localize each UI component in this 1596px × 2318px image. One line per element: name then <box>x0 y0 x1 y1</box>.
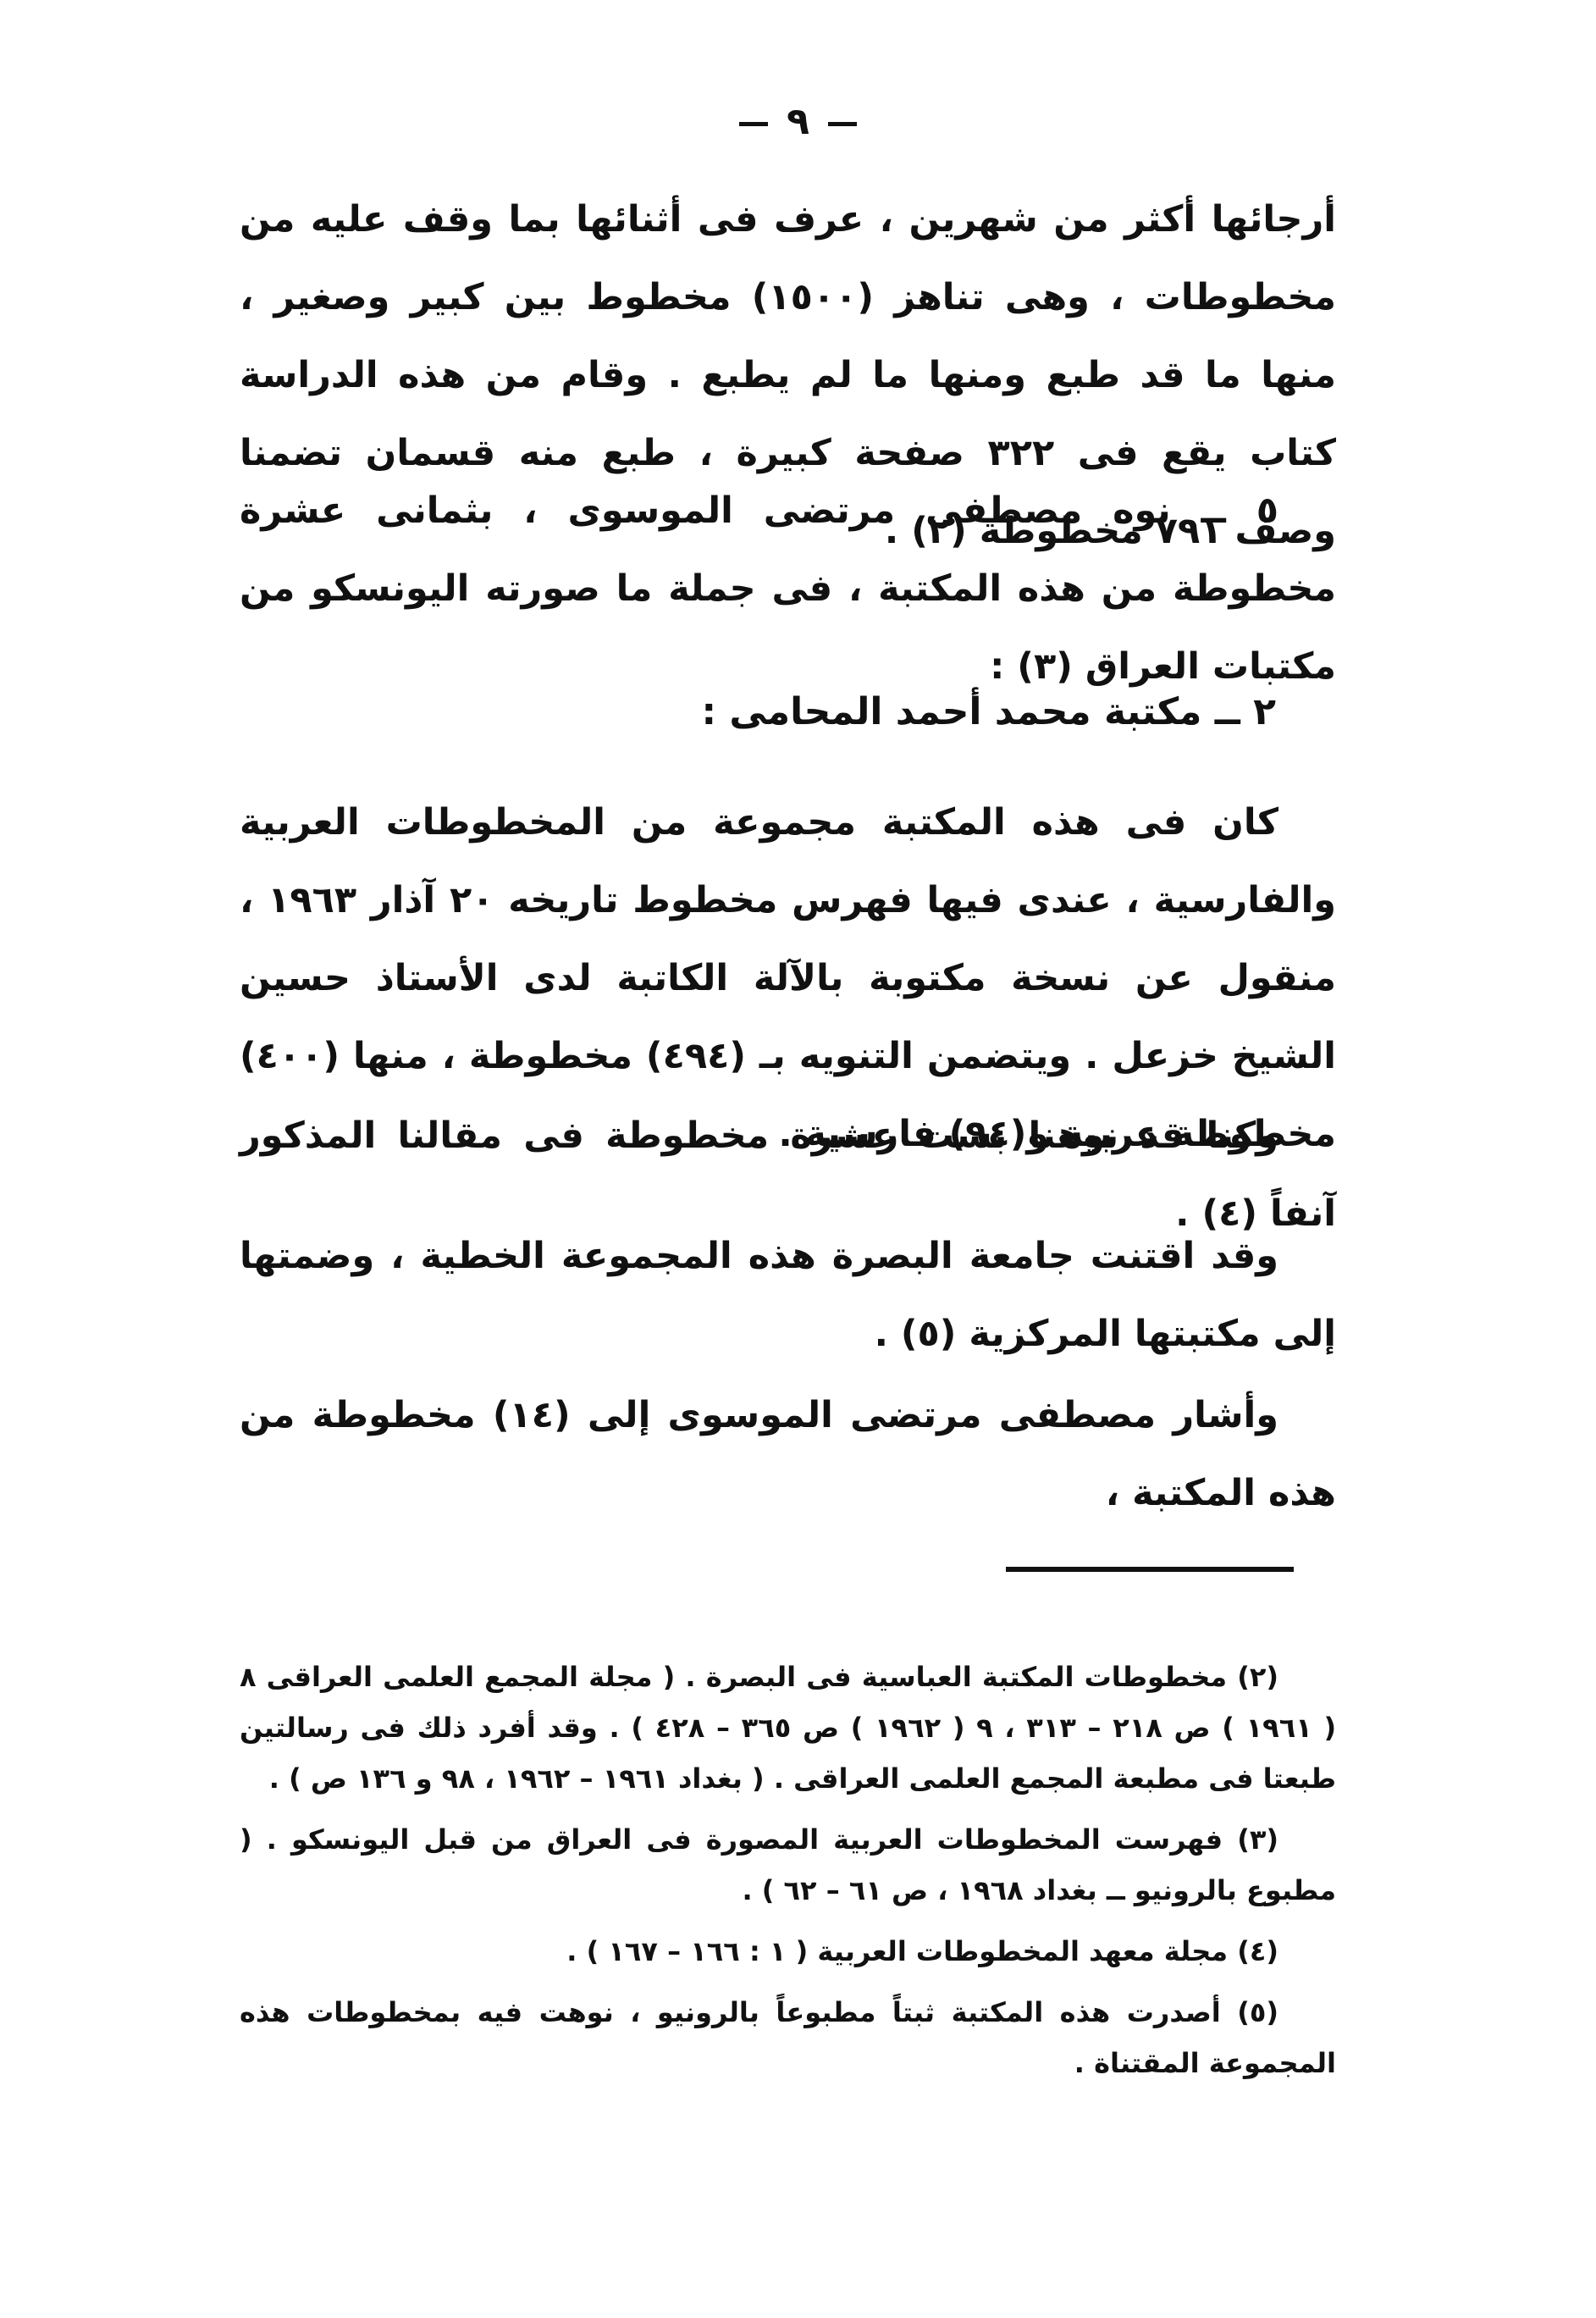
paragraph-musawi-reference: وأشار مصطفى مرتضى الموسوى إلى (١٤) مخطوط… <box>240 1376 1336 1532</box>
page-number-value: ٩ <box>787 100 809 143</box>
footnotes: (٢) مخطوطات المكتبة العباسية فى البصرة .… <box>240 1651 1336 2099</box>
body-section-musawi: وأشار مصطفى مرتضى الموسوى إلى (١٤) مخطوط… <box>240 1376 1336 1532</box>
document-page: ٩ أرجائها أكثر من شهرين ، عرف فى أثنائها… <box>0 0 1596 2318</box>
paragraph-basra-university: وقد اقتنت جامعة البصرة هذه المجموعة الخط… <box>240 1217 1336 1373</box>
footnote-2: (٢) مخطوطات المكتبة العباسية فى البصرة .… <box>240 1651 1336 1804</box>
page-number-dash-left <box>739 122 768 126</box>
footnote-3: (٣) فهرست المخطوطات العربية المصورة فى ا… <box>240 1814 1336 1916</box>
body-section-item-5: ٥ ــ نوه مصطفى مرتضى الموسوى ، بثمانى عش… <box>240 472 1336 705</box>
paragraph-item-5: ٥ ــ نوه مصطفى مرتضى الموسوى ، بثمانى عش… <box>240 472 1336 705</box>
footnote-5: (٥) أصدرت هذه المكتبة ثبتاً مطبوعاً بالر… <box>240 1987 1336 2088</box>
section-heading: ٢ ــ مكتبة محمد أحمد المحامى : <box>240 690 1276 733</box>
footnote-4: (٤) مجلة معهد المخطوطات العربية ( ١ : ١٦… <box>240 1926 1336 1977</box>
page-number: ٩ <box>0 100 1596 143</box>
body-section-basra: وقد اقتنت جامعة البصرة هذه المجموعة الخط… <box>240 1217 1336 1373</box>
page-number-dash-right <box>828 122 857 126</box>
footnote-separator <box>1006 1567 1294 1572</box>
